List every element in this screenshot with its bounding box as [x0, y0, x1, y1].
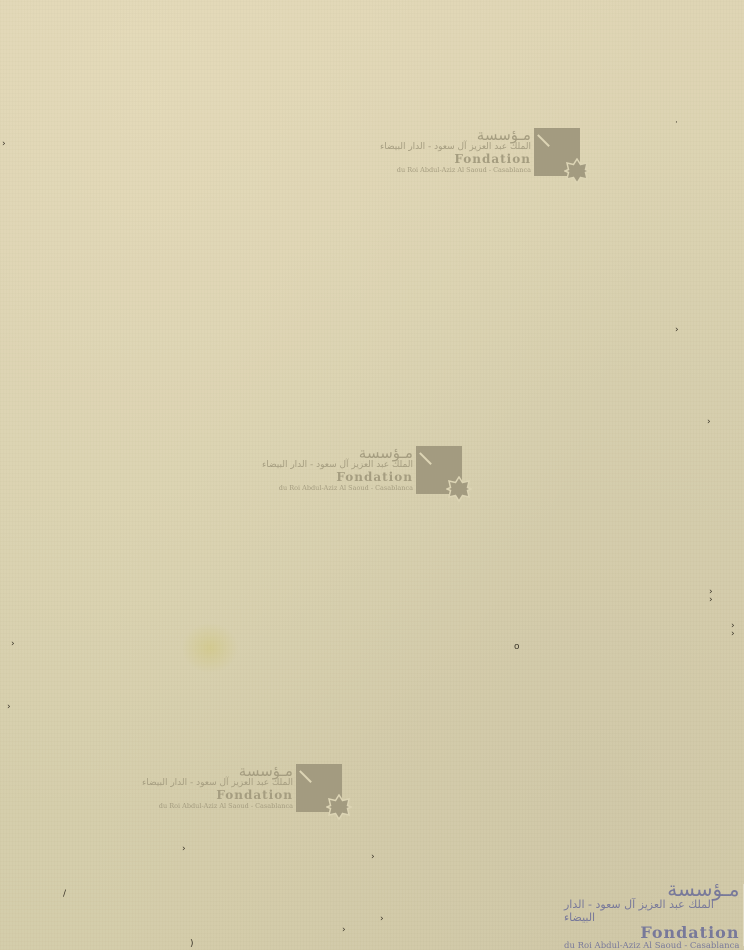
eight-point-star-icon — [446, 476, 472, 502]
watermark-latin-subtitle: du Roi Abdul-Aziz Al Saoud - Casablanca — [279, 484, 413, 493]
corner-logo-latin-title: Fondation — [640, 924, 739, 941]
foundation-watermark-top: مـؤسسة الملك عبد العزيز آل سعود - الدار … — [380, 128, 584, 180]
eight-point-star-icon — [326, 794, 352, 820]
foundation-logo-icon — [534, 128, 584, 178]
watermark-arabic-title: مـؤسسة — [359, 446, 413, 460]
watermark-latin-subtitle: du Roi Abdul-Aziz Al Saoud - Casablanca — [397, 166, 531, 175]
corner-logo-arabic-subtitle: الملك عبد العزيز آل سعود - الدار البيضاء — [564, 898, 739, 924]
foundation-corner-logo: مـؤسسة الملك عبد العزيز آل سعود - الدار … — [564, 880, 744, 950]
corner-logo-latin-subtitle: du Roi Abdul-Aziz Al Saoud - Casablanca — [564, 941, 739, 950]
paper-speck: › — [675, 326, 679, 335]
paper-speck: › — [11, 640, 15, 649]
paper-speck: › — [380, 915, 384, 924]
paper-speck: · — [675, 119, 678, 128]
paper-speck: › — [7, 703, 11, 712]
paper-speck: › — [182, 845, 186, 854]
paper-speck: › — [371, 853, 375, 862]
watermark-latin-title: Fondation — [336, 471, 413, 484]
paper-speck: o — [514, 643, 520, 652]
foundation-watermark-middle: مـؤسسة الملك عبد العزيز آل سعود - الدار … — [262, 446, 466, 498]
paper-speck: / — [63, 890, 66, 899]
watermark-latin-title: Fondation — [216, 789, 293, 802]
paper-speck: › — [731, 630, 735, 639]
watermark-arabic-title: مـؤسسة — [239, 764, 293, 778]
paper-speck: › — [707, 418, 711, 427]
watermark-latin-subtitle: du Roi Abdul-Aziz Al Saoud - Casablanca — [159, 802, 293, 811]
corner-logo-arabic-title: مـؤسسة — [667, 880, 739, 898]
foundation-logo-icon — [296, 764, 346, 814]
paper-speck: ) — [190, 940, 194, 949]
watermark-latin-title: Fondation — [454, 153, 531, 166]
paper-speck: › — [2, 140, 6, 149]
paper-speck: › — [342, 926, 346, 935]
paper-speck: › — [709, 596, 713, 605]
foundation-watermark-lower: مـؤسسة الملك عبد العزيز آل سعود - الدار … — [142, 764, 346, 816]
foundation-logo-icon — [416, 446, 466, 496]
eight-point-star-icon — [564, 158, 590, 184]
watermark-arabic-title: مـؤسسة — [477, 128, 531, 142]
